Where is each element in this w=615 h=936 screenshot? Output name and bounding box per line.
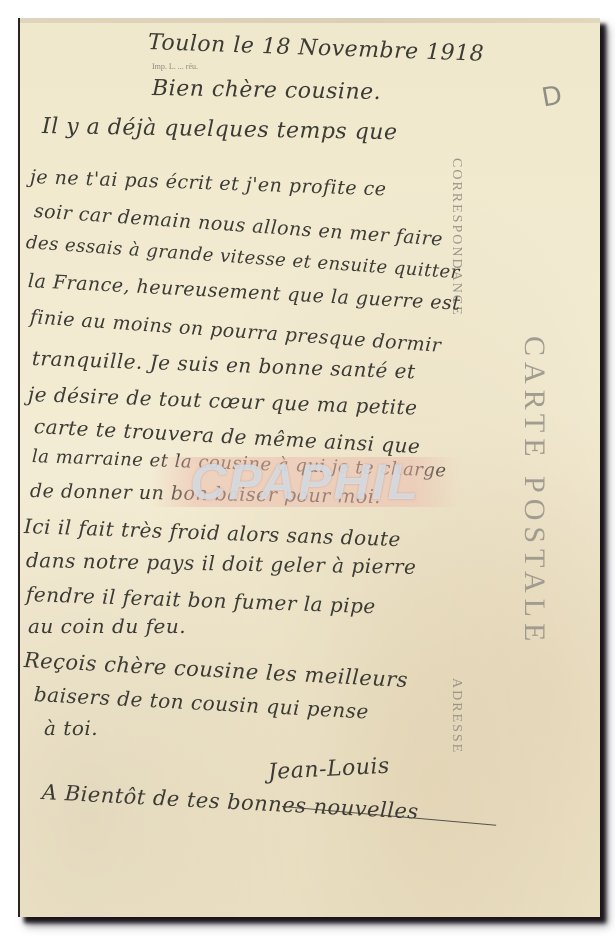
letter-line: au coin du feu.: [28, 614, 186, 638]
torn-top-edge: [20, 18, 600, 23]
postscript: A Bientôt de tes bonnes nouvelles: [41, 780, 419, 824]
salutation: Bien chère cousine.: [152, 76, 382, 105]
pencil-mark: D: [540, 80, 565, 113]
letter-line: fendre il ferait bon fumer la pipe: [26, 582, 377, 618]
letter-line: je ne t'ai pas écrit et j'en profite ce: [30, 166, 387, 200]
letter-line: à toi.: [44, 716, 98, 740]
place-date: Toulon le 18 Novembre 1918: [148, 30, 485, 67]
watermark-text: CPAPHIL: [190, 453, 420, 511]
carte-postale-header: CARTE POSTALE: [517, 336, 551, 647]
letter-line: tranquille. Je suis en bonne santé et: [32, 346, 416, 383]
watermark: CPAPHIL: [150, 457, 460, 507]
printer-mark: Imp. L. ... réu.: [152, 62, 198, 71]
letter-line: Il y a déjà quelques temps que: [42, 114, 398, 145]
letter-line: Ici il fait très froid alors sans doute: [24, 514, 402, 551]
letter-line: dans notre pays il doit geler à pierre: [26, 548, 417, 579]
signature: Jean-Louis: [267, 754, 390, 785]
adresse-label: ADRESSE: [448, 678, 464, 754]
postcard-back: CORRESPONDANCE CARTE POSTALE ADRESSE Imp…: [18, 18, 600, 917]
letter-line: je désire de tout cœur que ma petite: [28, 382, 418, 420]
